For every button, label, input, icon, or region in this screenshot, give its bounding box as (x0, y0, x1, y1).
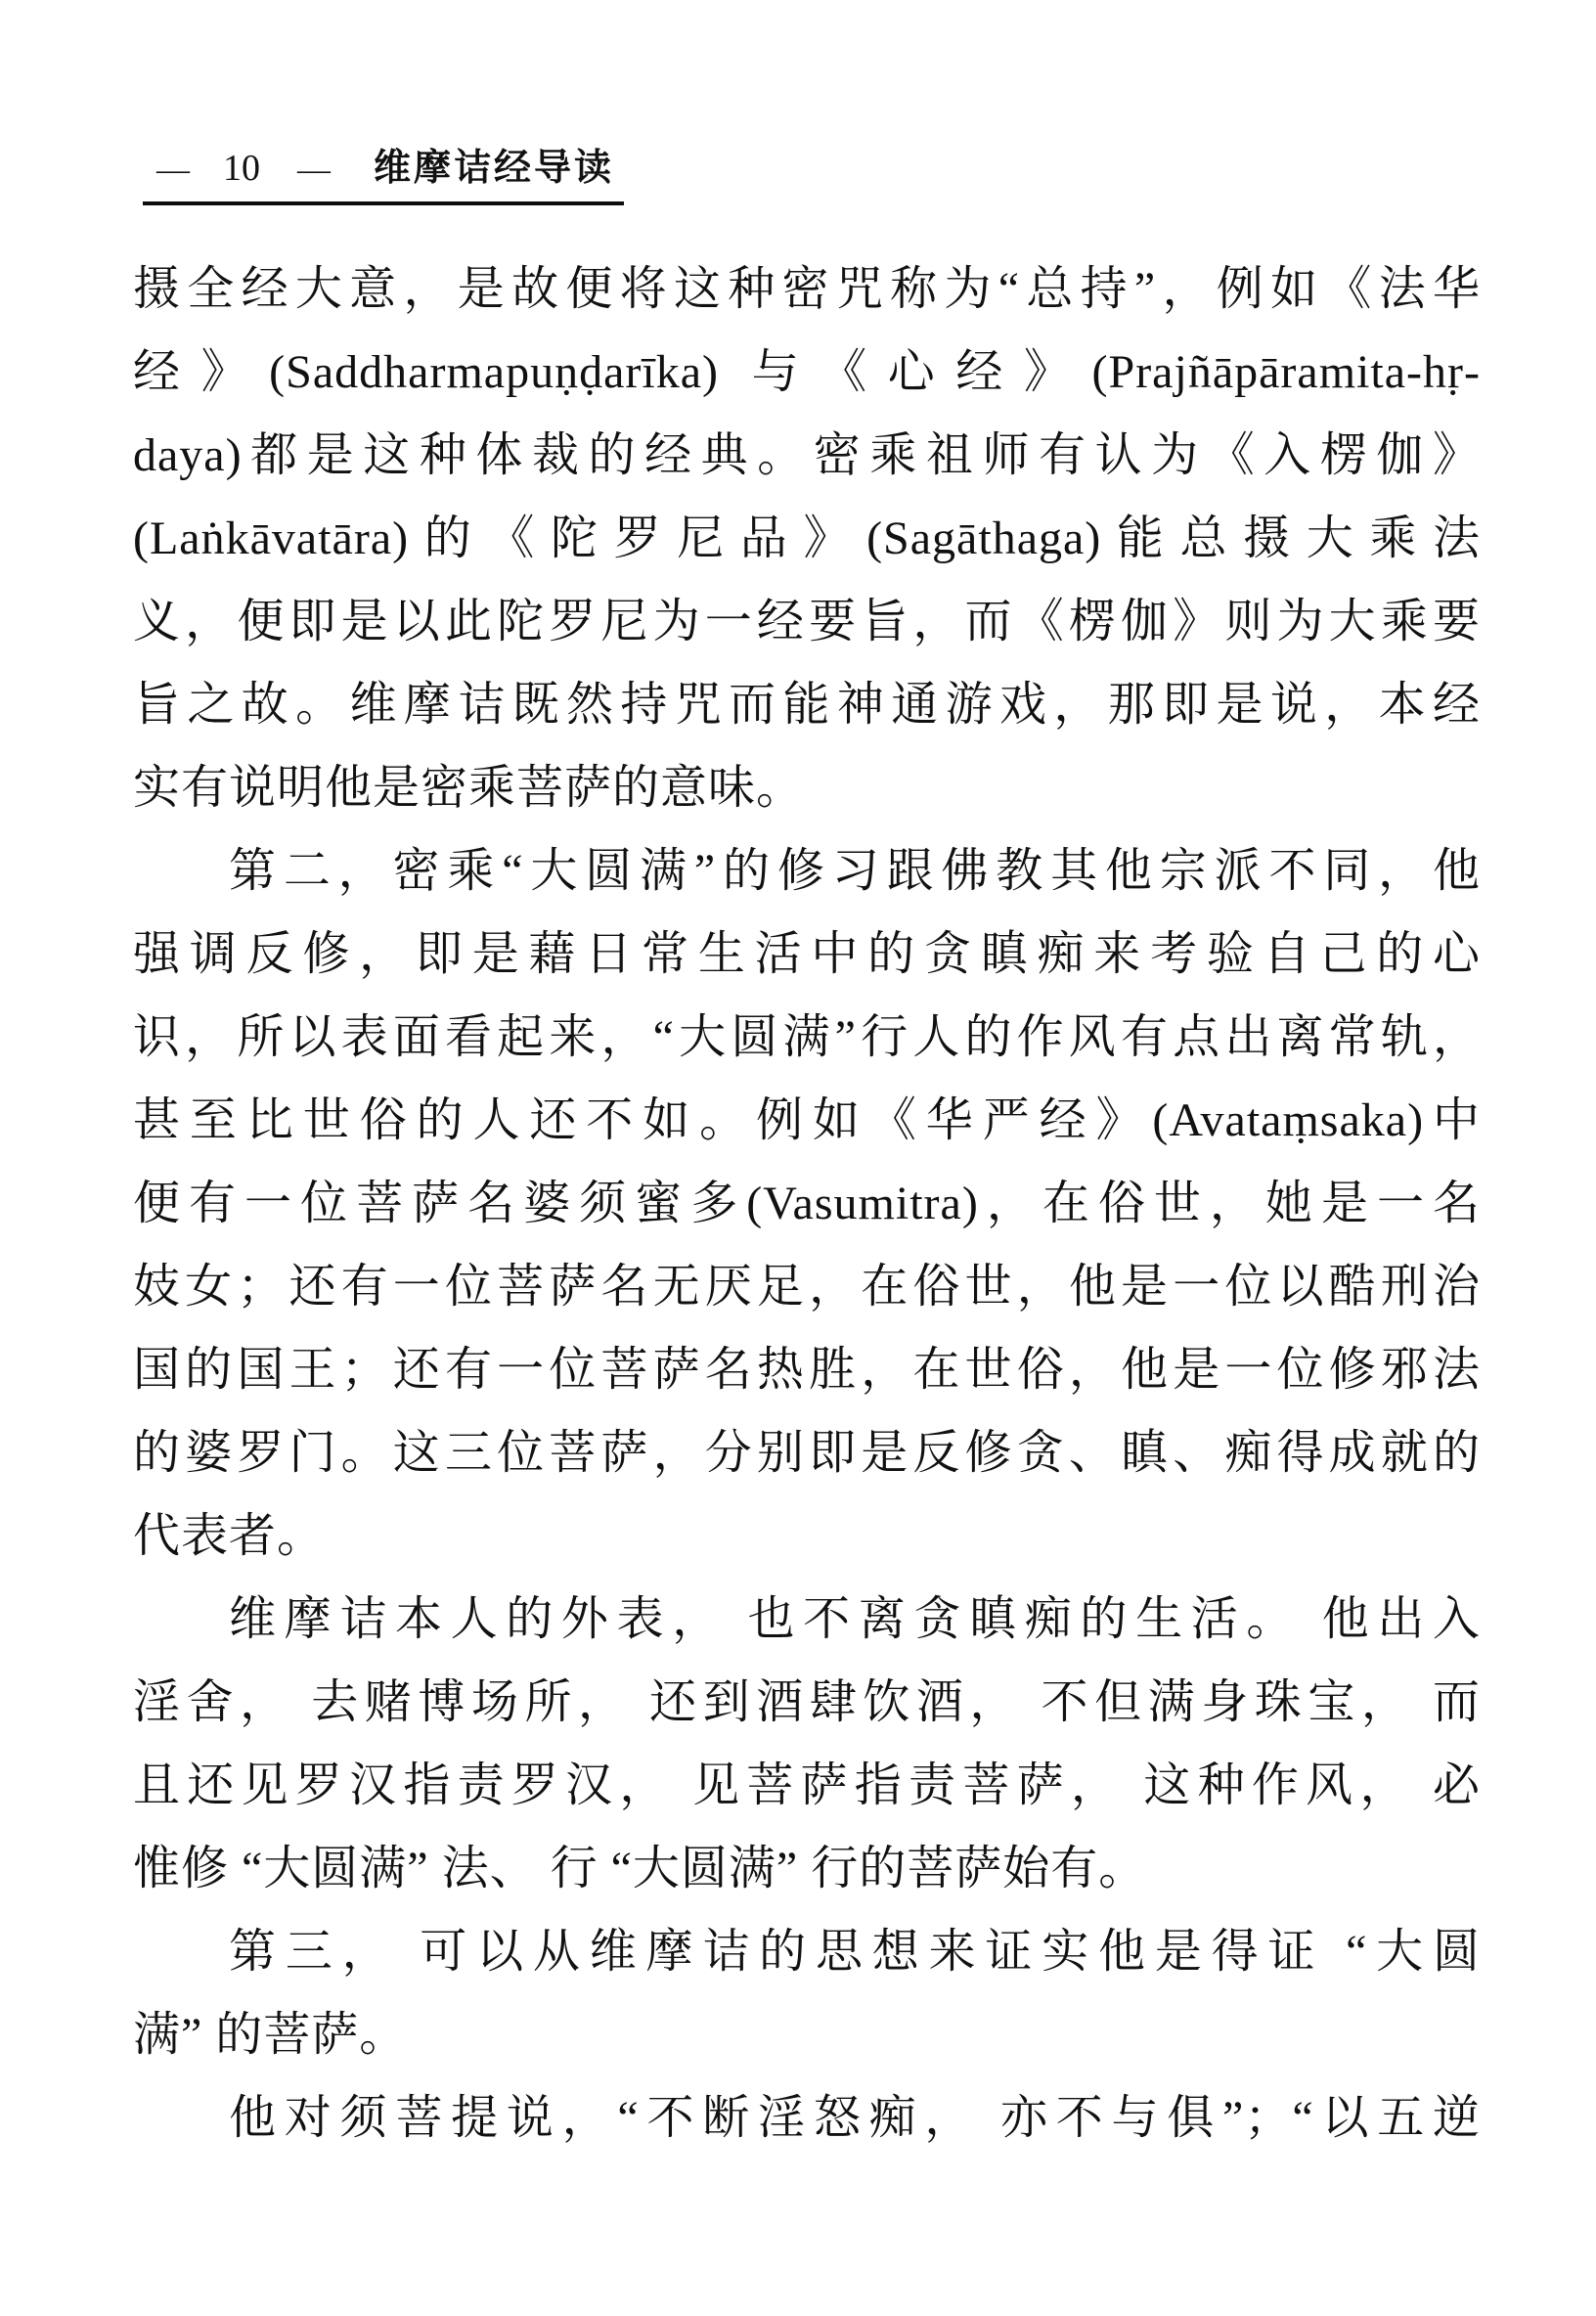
text-line: daya)都是这种体裁的经典。密乘祖师有认为《入楞伽》 (133, 414, 1481, 497)
text-line: 强调反修，即是藉日常生活中的贪瞋痴来考验自己的心 (133, 913, 1481, 996)
text-line: 妓女；还有一位菩萨名无厌足，在俗世，他是一位以酷刑治 (133, 1245, 1481, 1328)
page-body: 摄全经大意，是故便将这种密咒称为“总持”，例如《法华经》(Saddharmapu… (133, 247, 1481, 2160)
text-line: 实有说明他是密乘菩萨的意味。 (133, 746, 1481, 829)
text-line: 旨之故。维摩诘既然持咒而能神通游戏，那即是说，本经 (133, 663, 1481, 746)
text-line: 代表者。 (133, 1494, 1481, 1578)
text-line: 经》(Saddharmapuṇḍarīka) 与《心经》(Prajñāpāram… (133, 331, 1481, 414)
running-head: — 10 — 维摩诘经导读 (143, 149, 624, 205)
text-line: 国的国王；还有一位菩萨名热胜，在世俗，他是一位修邪法 (133, 1328, 1481, 1411)
text-line: 第三， 可以从维摩诘的思想来证实他是得证 “大圆 (133, 1910, 1481, 1993)
text-line: 摄全经大意，是故便将这种密咒称为“总持”，例如《法华 (133, 247, 1481, 331)
text-line: 识，所以表面看起来，“大圆满”行人的作风有点出离常轨， (133, 996, 1481, 1079)
header-dash-right: — (297, 151, 331, 190)
scanned-book-page: — 10 — 维摩诘经导读 摄全经大意，是故便将这种密咒称为“总持”，例如《法华… (0, 0, 1596, 2316)
text-line: (Laṅkāvatāra)的《陀罗尼品》(Sagāthaga)能总摄大乘法 (133, 497, 1481, 580)
text-line: 第二，密乘“大圆满”的修习跟佛教其他宗派不同，他 (133, 829, 1481, 913)
text-line: 且还见罗汉指责罗汉， 见菩萨指责菩萨， 这种作风， 必 (133, 1744, 1481, 1827)
text-line: 甚至比世俗的人还不如。例如《华严经》(Avataṃsaka)中 (133, 1079, 1481, 1162)
text-line: 满” 的菩萨。 (133, 1993, 1481, 2076)
text-line: 他对须菩提说，“不断淫怒痴， 亦不与俱”；“以五逆 (133, 2076, 1481, 2160)
text-line: 维摩诘本人的外表， 也不离贪瞋痴的生活。 他出入 (133, 1578, 1481, 1661)
text-line: 的婆罗门。这三位菩萨，分别即是反修贪、瞋、痴得成就的 (133, 1411, 1481, 1494)
book-title: 维摩诘经导读 (374, 149, 614, 188)
text-line: 淫舍， 去赌博场所， 还到酒肆饮酒， 不但满身珠宝， 而 (133, 1661, 1481, 1744)
text-line: 便有一位菩萨名婆须蜜多(Vasumitra)，在俗世，她是一名 (133, 1162, 1481, 1245)
text-line: 惟修 “大圆满” 法、 行 “大圆满” 行的菩萨始有。 (133, 1827, 1481, 1910)
page-number: 10 (223, 149, 260, 188)
header-dash-left: — (156, 151, 190, 190)
text-line: 义，便即是以此陀罗尼为一经要旨，而《楞伽》则为大乘要 (133, 580, 1481, 663)
